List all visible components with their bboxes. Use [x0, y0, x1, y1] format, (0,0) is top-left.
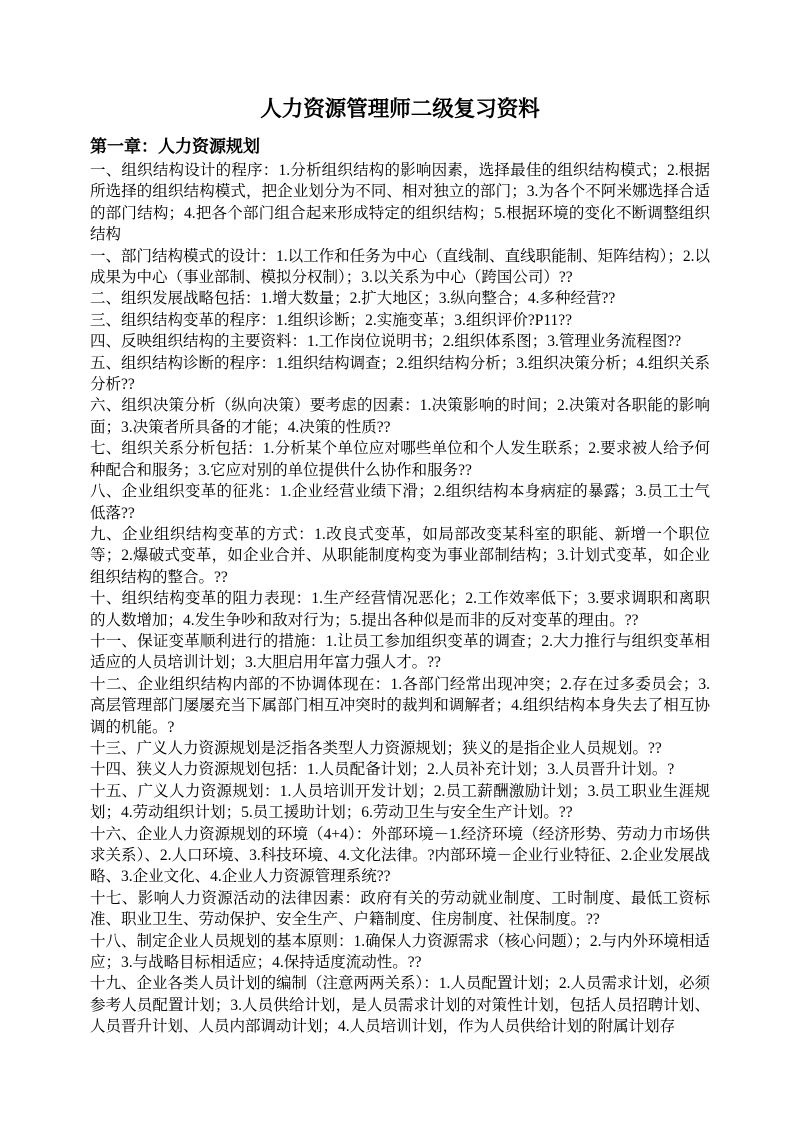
- paragraph: 十二、企业组织结构内部的不协调体现在：1.各部门经常出现冲突；2.存在过多委员会…: [90, 674, 710, 738]
- paragraph: 六、组织决策分析（纵向决策）要考虑的因素：1.决策影响的时间；2.决策对各职能的…: [90, 395, 710, 438]
- paragraph: 十九、企业各类人员计划的编制（注意两两关系）：1.人员配置计划；2.人员需求计划…: [90, 973, 710, 1037]
- paragraph: 十四、狭义人力资源规划包括：1.人员配备计划；2.人员补充计划；3.人员晋升计划…: [90, 759, 710, 780]
- paragraph: 二、组织发展战略包括：1.增大数量；2.扩大地区；3.纵向整合；4.多种经营??: [90, 288, 710, 309]
- paragraph: 十一、保证变革顺利进行的措施：1.让员工参加组织变革的调查；2.大力推行与组织变…: [90, 631, 710, 674]
- paragraph: 九、企业组织结构变革的方式：1.改良式变革，如局部改变某科室的职能、新增一个职位…: [90, 524, 710, 588]
- chapter-heading: 第一章：人力资源规划: [90, 135, 710, 158]
- paragraph: 十六、企业人力资源规划的环境（4+4）：外部环境－1.经济环境（经济形势、劳动力…: [90, 824, 710, 888]
- document-body: 一、组织结构设计的程序：1.分析组织结构的影响因素，选择最佳的组织结构模式；2.…: [90, 160, 710, 1038]
- paragraph: 一、部门结构模式的设计：1.以工作和任务为中心（直线制、直线职能制、矩阵结构）；…: [90, 246, 710, 289]
- document-page: 人力资源管理师二级复习资料 第一章：人力资源规划 一、组织结构设计的程序：1.分…: [0, 0, 794, 1123]
- paragraph: 十三、广义人力资源规划是泛指各类型人力资源规划；狭义的是指企业人员规划。??: [90, 738, 710, 759]
- paragraph: 七、组织关系分析包括：1.分析某个单位应对哪些单位和个人发生联系；2.要求被人给…: [90, 438, 710, 481]
- paragraph: 五、组织结构诊断的程序：1.组织结构调查；2.组织结构分析；3.组织决策分析；4…: [90, 353, 710, 396]
- paragraph: 十八、制定企业人员规划的基本原则：1.确保人力资源需求（核心问题）；2.与内外环…: [90, 931, 710, 974]
- paragraph: 十、组织结构变革的阻力表现：1.生产经营情况恶化；2.工作效率低下；3.要求调职…: [90, 588, 710, 631]
- paragraph: 三、组织结构变革的程序：1.组织诊断；2.实施变革；3.组织评价?P11??: [90, 310, 710, 331]
- paragraph: 十七、影响人力资源活动的法律因素：政府有关的劳动就业制度、工时制度、最低工资标准…: [90, 888, 710, 931]
- paragraph: 八、企业组织变革的征兆：1.企业经营业绩下滑；2.组织结构本身病症的暴露；3.员…: [90, 481, 710, 524]
- document-title: 人力资源管理师二级复习资料: [90, 95, 710, 123]
- paragraph: 十五、广义人力资源规划：1.人员培训开发计划；2.员工薪酬激励计划；3.员工职业…: [90, 781, 710, 824]
- paragraph: 一、组织结构设计的程序：1.分析组织结构的影响因素，选择最佳的组织结构模式；2.…: [90, 160, 710, 246]
- paragraph: 四、反映组织结构的主要资料：1.工作岗位说明书；2.组织体系图；3.管理业务流程…: [90, 331, 710, 352]
